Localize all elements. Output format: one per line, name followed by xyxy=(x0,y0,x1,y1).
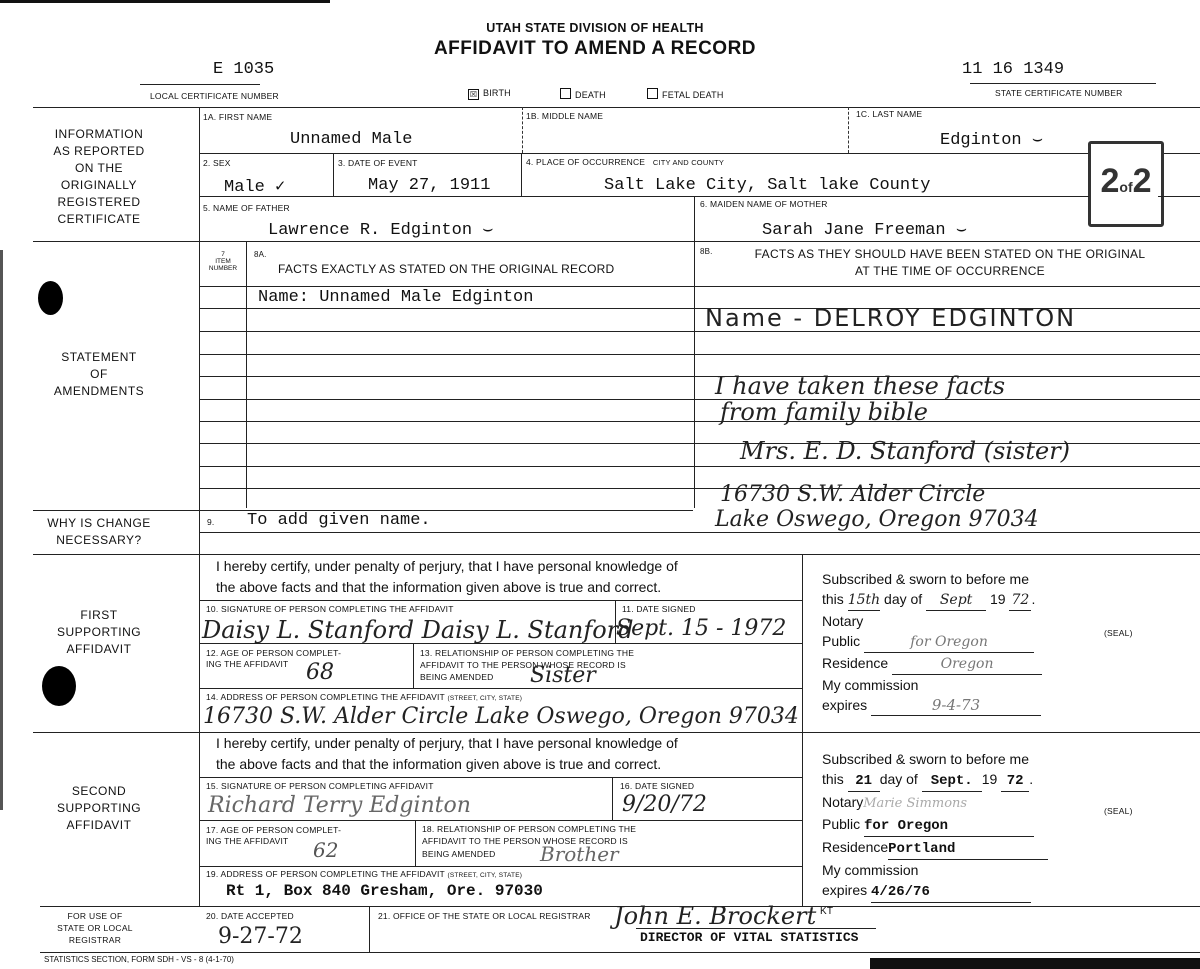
section-label-second-affidavit: SECONDSUPPORTINGAFFIDAVIT xyxy=(34,783,164,834)
local-certificate-label: LOCAL CERTIFICATE NUMBER xyxy=(150,91,279,101)
first-notary-year: 72 xyxy=(1009,590,1031,611)
fetal-death-checkbox-icon[interactable] xyxy=(647,88,658,99)
first-notary-residence: Oregon xyxy=(892,654,1042,675)
second-relation-label-1: 18. RELATIONSHIP OF PERSON COMPLETING TH… xyxy=(422,824,636,834)
corrected-fact-line-2: I have taken these facts xyxy=(715,372,1005,400)
first-age-label-1: 12. AGE OF PERSON COMPLET- xyxy=(206,648,341,658)
second-notary-day: 21 xyxy=(848,771,880,792)
father-label: 5. NAME OF FATHER xyxy=(203,203,290,213)
first-certify-line-2: the above facts and that the information… xyxy=(216,579,661,595)
date-of-event-label: 3. DATE OF EVENT xyxy=(338,158,418,168)
second-relation-label-3: BEING AMENDED xyxy=(422,849,495,859)
second-notary-month: Sept. xyxy=(922,771,982,792)
page-stamp: 2of2 xyxy=(1088,141,1164,227)
date-accepted-label: 20. DATE ACCEPTED xyxy=(206,911,294,921)
original-fact: Name: Unnamed Male Edginton xyxy=(258,288,533,307)
date-accepted: 9-27-72 xyxy=(218,924,303,949)
punch-hole-1 xyxy=(38,281,63,315)
record-type-fetal-death[interactable]: FETAL DEATH xyxy=(647,88,724,100)
first-relation: Sister xyxy=(530,663,596,688)
registrar-initials: KT xyxy=(820,906,833,917)
place-label: 4. PLACE OF OCCURRENCE CITY AND COUNTY xyxy=(526,157,724,167)
last-name-value: Edginton ⌣ xyxy=(940,130,1043,150)
col-8a-num: 8A. xyxy=(254,250,267,259)
scan-edge-left xyxy=(0,250,3,810)
first-certify-line-1: I hereby certify, under penalty of perju… xyxy=(216,558,678,574)
first-name-value: Unnamed Male xyxy=(290,130,412,149)
first-notary-month: Sept xyxy=(926,590,986,611)
first-age: 68 xyxy=(306,660,334,685)
last-name-label: 1C. LAST NAME xyxy=(856,109,922,119)
form-id: STATISTICS SECTION, FORM SDH - VS - 8 (4… xyxy=(44,955,234,964)
form-title: AFFIDAVIT TO AMEND A RECORD xyxy=(0,38,1190,60)
first-date: Sept. 15 - 1972 xyxy=(616,616,786,641)
first-seal-label: (SEAL) xyxy=(1104,628,1133,638)
corrected-fact-line-3: from family bible xyxy=(720,398,928,426)
section-label-original-info: INFORMATIONAS REPORTEDON THEORIGINALLYRE… xyxy=(34,126,164,228)
second-date-label: 16. DATE SIGNED xyxy=(620,781,694,791)
mother-label: 6. MAIDEN NAME OF MOTHER xyxy=(700,199,828,209)
record-type-birth[interactable]: ☒BIRTH xyxy=(468,88,511,100)
first-relation-label-1: 13. RELATIONSHIP OF PERSON COMPLETING TH… xyxy=(420,648,634,658)
second-age-label-1: 17. AGE OF PERSON COMPLET- xyxy=(206,825,341,835)
date-of-event-value: May 27, 1911 xyxy=(368,176,490,195)
second-notary-year: 72 xyxy=(1001,771,1029,792)
agency-name: UTAH STATE DIVISION OF HEALTH xyxy=(0,21,1190,35)
reason-value: To add given name. xyxy=(247,511,431,530)
first-address: 16730 S.W. Alder Circle Lake Oswego, Ore… xyxy=(203,704,799,729)
first-notary-day: 15th xyxy=(848,590,880,611)
sex-label: 2. SEX xyxy=(203,158,231,168)
registrar-signature: John E. Brockert xyxy=(614,902,816,930)
second-certify-line-1: I hereby certify, under penalty of perju… xyxy=(216,735,678,751)
second-signature: Richard Terry Edginton xyxy=(208,793,471,818)
first-age-label-2: ING THE AFFIDAVIT xyxy=(206,659,288,669)
first-name-label: 1A. FIRST NAME xyxy=(203,112,272,122)
second-age: 62 xyxy=(313,838,338,862)
item-number-label: 7ITEMNUMBER xyxy=(200,251,246,272)
second-certify-line-2: the above facts and that the information… xyxy=(216,756,661,772)
corrected-fact-line-5: 16730 S.W. Alder Circle xyxy=(720,482,985,507)
second-notary-expires: 4/26/76 xyxy=(871,882,1031,903)
first-signature-label: 10. SIGNATURE OF PERSON COMPLETING THE A… xyxy=(206,604,454,614)
second-address: Rt 1, Box 840 Gresham, Ore. 97030 xyxy=(226,882,543,900)
second-relation: Brother xyxy=(540,842,619,866)
second-signature-label: 15. SIGNATURE OF PERSON COMPLETING AFFID… xyxy=(206,781,434,791)
first-notary-block: Subscribed & sworn to before me this 15t… xyxy=(822,569,1062,716)
first-notary-public: for Oregon xyxy=(864,632,1034,653)
col-8b-header: FACTS AS THEY SHOULD HAVE BEEN STATED ON… xyxy=(700,246,1200,280)
death-checkbox-icon[interactable] xyxy=(560,88,571,99)
second-seal-label: (SEAL) xyxy=(1104,806,1133,816)
second-notary-residence: Portland xyxy=(888,839,1048,860)
punch-hole-2 xyxy=(42,666,76,706)
second-notary-signature: Marie Simmons xyxy=(863,796,967,811)
first-address-label: 14. ADDRESS OF PERSON COMPLETING THE AFF… xyxy=(206,692,522,702)
registrar-title: DIRECTOR OF VITAL STATISTICS xyxy=(640,930,858,945)
first-notary-expires: 9-4-73 xyxy=(871,695,1041,716)
scan-edge-top xyxy=(0,0,330,3)
corrected-fact-line-4: Mrs. E. D. Stanford (sister) xyxy=(740,437,1070,465)
second-notary-block: Subscribed & sworn to before me this 21d… xyxy=(822,749,1062,903)
second-age-label-2: ING THE AFFIDAVIT xyxy=(206,836,288,846)
section-label-amendments: STATEMENTOFAMENDMENTS xyxy=(34,349,164,400)
first-relation-label-3: BEING AMENDED xyxy=(420,672,493,682)
second-date: 9/20/72 xyxy=(622,792,707,817)
father-value: Lawrence R. Edginton ⌣ xyxy=(268,220,493,240)
birth-checkbox-icon[interactable]: ☒ xyxy=(468,89,479,100)
record-type-death[interactable]: DEATH xyxy=(560,88,606,100)
second-address-label: 19. ADDRESS OF PERSON COMPLETING THE AFF… xyxy=(206,869,522,879)
reason-num: 9. xyxy=(207,517,215,527)
state-certificate-number: 11 16 1349 xyxy=(962,60,1064,79)
col-8a-header: FACTS EXACTLY AS STATED ON THE ORIGINAL … xyxy=(278,262,614,276)
registrar-office-label: 21. OFFICE OF THE STATE OR LOCAL REGISTR… xyxy=(378,911,591,921)
corrected-fact-name: Name - DELROY EDGINTON xyxy=(705,304,1076,332)
section-label-reason: WHY IS CHANGENECESSARY? xyxy=(34,515,164,549)
first-signature: Daisy L. Stanford Daisy L. Stanford xyxy=(202,616,634,644)
place-value: Salt Lake City, Salt lake County xyxy=(604,176,930,195)
second-notary-public: for Oregon xyxy=(864,816,1034,837)
mother-value: Sarah Jane Freeman ⌣ xyxy=(762,220,967,240)
corrected-fact-line-6: Lake Oswego, Oregon 97034 xyxy=(715,507,1039,532)
middle-name-label: 1B. MIDDLE NAME xyxy=(526,111,603,121)
scan-edge-bottom xyxy=(870,958,1200,969)
state-certificate-label: STATE CERTIFICATE NUMBER xyxy=(995,88,1122,98)
section-label-registrar: FOR USE OFSTATE OR LOCALREGISTRAR xyxy=(40,910,150,946)
section-label-first-affidavit: FIRSTSUPPORTINGAFFIDAVIT xyxy=(34,607,164,658)
local-certificate-number: E 1035 xyxy=(213,60,274,79)
first-date-label: 11. DATE SIGNED xyxy=(622,604,696,614)
sex-value: Male ✓ xyxy=(224,176,285,197)
